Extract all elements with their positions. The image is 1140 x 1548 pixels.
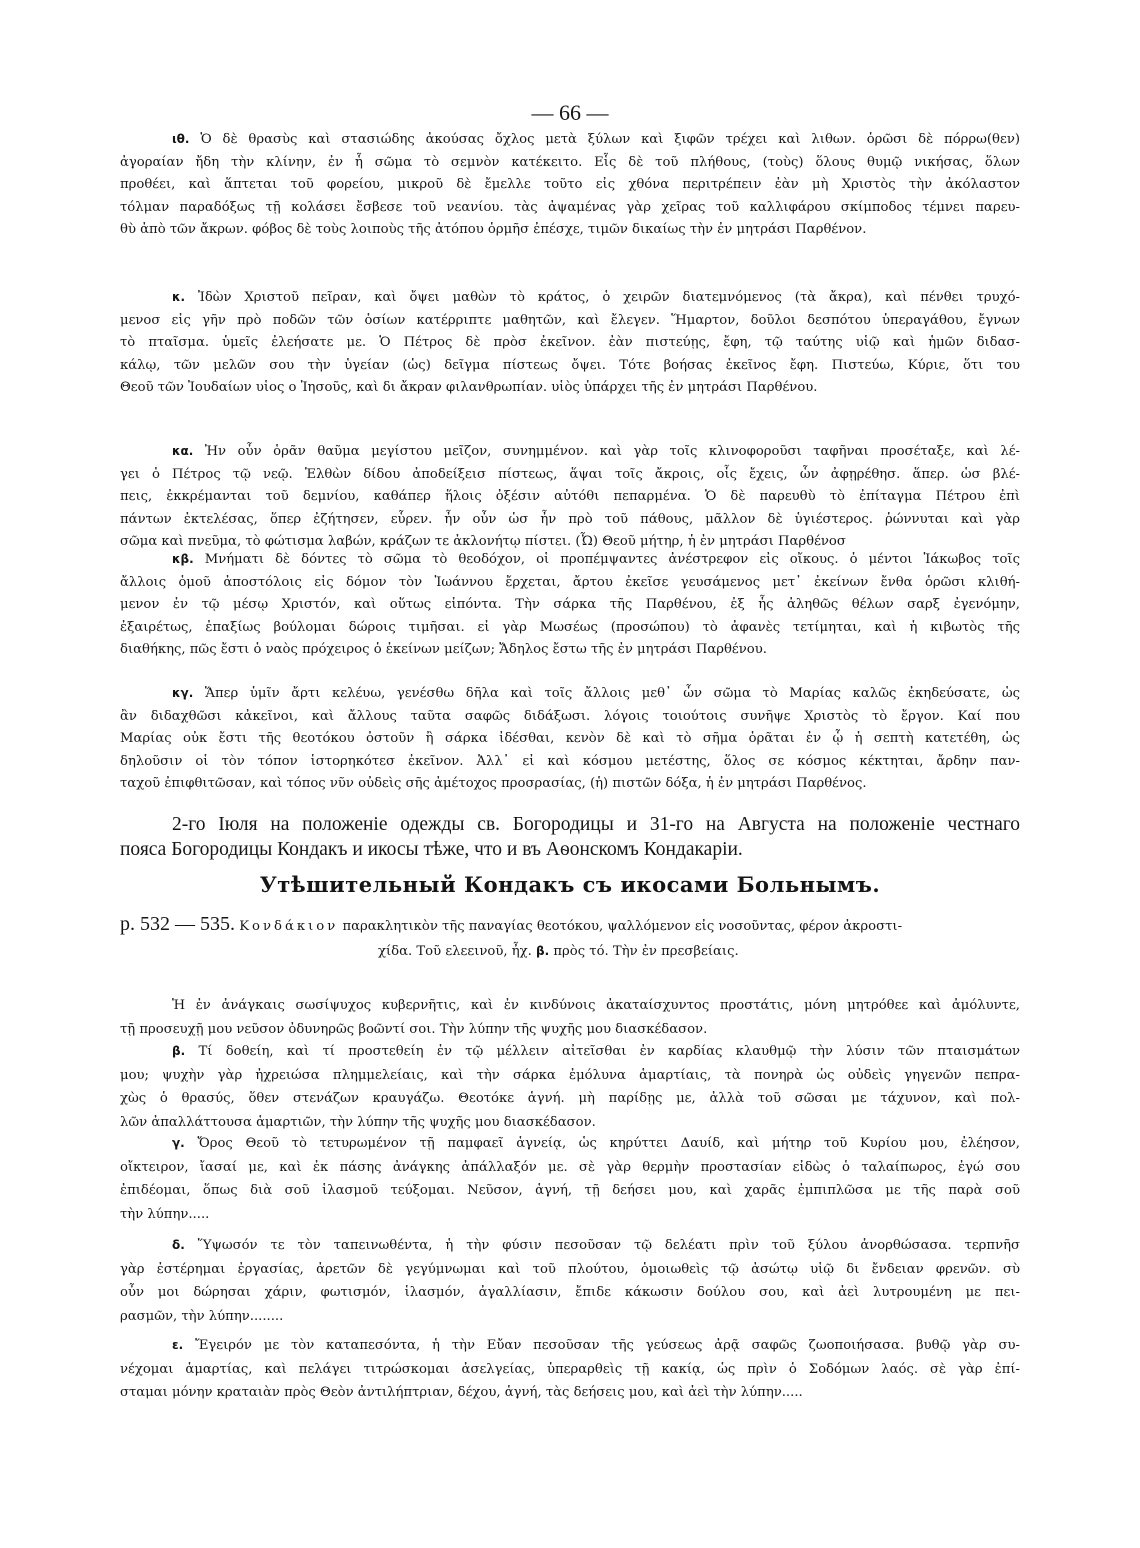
text-line: τὸ πταῖσμα. ὑμεῖς ἐλεήσατε με. Ὁ Πέτρος … [120, 332, 1020, 355]
line-text: κάλῳ, τῶν μελῶν σου τὴν ὑγείαν (ὡς) δεῖγ… [120, 358, 1020, 373]
reference-line2-text: χίδα. Τοῦ ελεεινοῦ, ἦχ. [378, 944, 532, 959]
stanza-numeral: κα. [172, 444, 193, 458]
stanza-numeral: δ. [172, 1238, 185, 1252]
line-text: τόλμαν παραδόξως τῇ κολάσει ἔσβεσε τοῦ ν… [120, 200, 1020, 215]
text-line: προθέει, καὶ ἅπτεται τοῦ φορείου, μικροῦ… [120, 174, 1020, 197]
text-line: ἀγοραίαν ἤδη τὴν κλίνην, ἐν ἧ σῶμα τὸ σε… [120, 152, 1020, 175]
line-text: ἀγοραίαν ἤδη τὴν κλίνην, ἐν ἧ σῶμα τὸ σε… [120, 155, 1020, 170]
stanzas-intro: Ἡ ἐν ἀνάγκαις σωσίψυχος κυβερνῆτις, καὶ … [120, 994, 1020, 1041]
line-text: Μνήματι δὲ δόντες τὸ σῶμα τὸ θεοδόχον, ο… [205, 552, 1020, 567]
line-text: ἄλλοις ὁμοῦ ἀποστόλοις εἰς δόμον τὸν Ἰωά… [120, 575, 1020, 590]
paragraphs-kg: κγ. Ἅπερ ὑμῖν ἄρτι κελέυω, γενέσθω δῆλα … [120, 682, 1020, 796]
text-line: Ἡ ἐν ἀνάγκαις σωσίψυχος κυβερνῆτις, καὶ … [120, 994, 1020, 1018]
text-line: γει ὁ Πέτρος τῷ νεῷ. Ἐλθὼν δίδου ἀποδείξ… [120, 464, 1020, 487]
line-text: Ὕψωσόν τε τὸν ταπεινωθέντα, ἡ τὴν φύσιν … [198, 1238, 1020, 1253]
line-text: ταχοῦ ἐπιφθιτῶσαν, καὶ τόπος νῦν οὐδεὶς … [120, 776, 867, 791]
line-text: Ἰδὼν Χριστοῦ πεῖραν, καὶ ὄψει μαθὼν τὸ κ… [198, 290, 1020, 305]
line-text: μενον ἐν τῷ μέσῳ Χριστόν, καὶ οὕτως εἰπό… [120, 597, 1020, 612]
line-text: Ἅπερ ὑμῖν ἄρτι κελέυω, γενέσθω δῆλα καὶ … [205, 686, 1020, 701]
paragraphs-ka: κα. Ἠν οὖν ὁρᾶν θαῦμα μεγίστου μεῖζον, σ… [120, 440, 1020, 554]
paragraphs-k: κ. Ἰδὼν Χριστοῦ πεῖραν, καὶ ὄψει μαθὼν τ… [120, 286, 1020, 400]
stanza-numeral: κ. [172, 290, 185, 304]
stanza-numeral: ιθ. [172, 132, 189, 146]
stanza-numeral: ε. [172, 1338, 183, 1352]
reference-line1-rest: παρακλητικὸν τῆς παναγίας θεοτόκου, ψαλλ… [342, 919, 902, 934]
reference-line2-rest: πρὸς τό. Τὴν ἐν πρεσβείαις. [553, 944, 738, 959]
line-text: τὴν λύπην..... [120, 1207, 209, 1222]
paragraphs-ith: ιθ. Ὁ δὲ θρασὺς καὶ στασιώδης ἀκούσας ὄχ… [120, 128, 1020, 242]
text-line: ταχοῦ ἐπιφθιτῶσαν, καὶ τόπος νῦν οὐδεὶς … [120, 773, 1020, 796]
text-line: χὼς ὁ θρασύς, ὅθεν στενάζων κραυγάζω. Θε… [120, 1087, 1020, 1111]
section-heading: Утѣшительный Кондакъ съ икосами Больнымъ… [120, 872, 1020, 897]
text-line: γὰρ ἐστέρημαι ἐργασίας, ἀρετῶν δὲ γεγύμν… [120, 1258, 1020, 1282]
line-text: οἴκτειρον, ἴασαί με, καὶ ἐκ πάσης ἀνάγκη… [120, 1160, 1020, 1175]
text-line: λῶν ἀπαλλάττουσα ἁμαρτιῶν, τὴν λύπην τῆς… [120, 1111, 1020, 1135]
line-text: μενοσ εἰς γῆν πρὸ ποδῶν τῶν ὁσίων κατέρρ… [120, 313, 1020, 328]
line-text: Ὄρος Θεοῦ τὸ τετυρωμένον τῇ παμφαεῖ ἁγνε… [197, 1136, 1020, 1151]
line-text: ρασμῶν, τὴν λύπην........ [120, 1309, 283, 1324]
line-text: πεις, ἐκκρέμανται τοῦ δεμνίου, καθάπερ ἥ… [120, 489, 1020, 504]
text-line: ἐξαιρέτως, ἐπαξίως βούλομαι δώροις τιμῆσ… [120, 617, 1020, 640]
line-text: Θεοῦ τῶν Ἰουδαίων υἱος ο Ἰησοῦς, καὶ δι … [120, 380, 817, 395]
text-line: ρασμῶν, τὴν λύπην........ [120, 1305, 1020, 1329]
line-text: σταμαι μόνην κραταιὰν πρὸς Θεὸν ἀντιλήπτ… [120, 1385, 803, 1400]
text-line: κάλῳ, τῶν μελῶν σου τὴν ὑγείαν (ὡς) δεῖγ… [120, 355, 1020, 378]
text-line: μενοσ εἰς γῆν πρὸ ποδῶν τῶν ὁσίων κατέρρ… [120, 310, 1020, 333]
line-text: ἐξαιρέτως, ἐπαξίως βούλομαι δώροις τιμῆσ… [120, 620, 1020, 635]
line-text: λῶν ἀπαλλάττουσα ἁμαρτιῶν, τὴν λύπην τῆς… [120, 1115, 596, 1130]
text-line: ιθ. Ὁ δὲ θρασὺς καὶ στασιώδης ἀκούσας ὄχ… [120, 128, 1020, 152]
russian-note: 2-го Іюля на положеніе одежды св. Богоро… [120, 812, 1020, 862]
line-text: προθέει, καὶ ἅπτεται τοῦ φορείου, μικροῦ… [120, 177, 1020, 192]
text-line: δ. Ὕψωσόν τε τὸν ταπεινωθέντα, ἡ τὴν φύσ… [120, 1234, 1020, 1258]
line-text: δηλοῦσιν οἱ τὸν τόπον ἱστορηκότεσ ἐκεῖνο… [120, 754, 1020, 769]
line-text: Ὁ δὲ θρασὺς καὶ στασιώδης ἀκούσας ὄχλος … [200, 132, 1020, 147]
text-line: πεις, ἐκκρέμανται τοῦ δεμνίου, καθάπερ ἥ… [120, 486, 1020, 509]
text-line: κ. Ἰδὼν Χριστοῦ πεῖραν, καὶ ὄψει μαθὼν τ… [120, 286, 1020, 310]
text-line: Θεοῦ τῶν Ἰουδαίων υἱος ο Ἰησοῦς, καὶ δι … [120, 377, 1020, 400]
text-line: τόλμαν παραδόξως τῇ κολάσει ἔσβεσε τοῦ ν… [120, 197, 1020, 220]
text-line: οἴκτειρον, ἴασαί με, καὶ ἐκ πάσης ἀνάγκη… [120, 1156, 1020, 1180]
stanza-numeral: κγ. [172, 686, 193, 700]
text-line: κβ. Μνήματι δὲ δόντες τὸ σῶμα τὸ θεοδόχο… [120, 548, 1020, 572]
line-text: μου; ψυχὴν γὰρ ἠχρειώσα πλημμελείαις, κα… [120, 1068, 1020, 1083]
text-line: σταμαι μόνην κραταιὰν πρὸς Θεὸν ἀντιλήπτ… [120, 1381, 1020, 1405]
russian-note-line-2: пояса Богородицы Кондакъ и икосы тѣже, ч… [120, 837, 1020, 862]
line-text: τὸ πταῖσμα. ὑμεῖς ἐλεήσατε με. Ὁ Πέτρος … [120, 335, 1020, 350]
russian-note-line-1: 2-го Іюля на положеніе одежды св. Богоро… [120, 812, 1020, 837]
text-line: ε. Ἔγειρόν με τὸν καταπεσόντα, ἡ τὴν Εὔα… [120, 1334, 1020, 1358]
stanzas-e: ε. Ἔγειρόν με τὸν καταπεσόντα, ἡ τὴν Εὔα… [120, 1334, 1020, 1405]
reference-tone: β. [536, 944, 549, 958]
paragraphs-kb: κβ. Μνήματι δὲ δόντες τὸ σῶμα τὸ θεοδόχο… [120, 548, 1020, 662]
text-line: κγ. Ἅπερ ὑμῖν ἄρτι κελέυω, γενέσθω δῆλα … [120, 682, 1020, 706]
reference-line-1: p. 532 — 535. Κονδάκιον παρακλητικὸν τῆς… [120, 912, 1020, 939]
stanza-numeral: β. [172, 1044, 185, 1058]
text-line: τῇ προσευχῇ μου νεῦσον ὀδυνηρῶς βοῶντί σ… [120, 1018, 1020, 1042]
stanza-numeral: γ. [172, 1136, 185, 1150]
stanzas-g: γ. Ὄρος Θεοῦ τὸ τετυρωμένον τῇ παμφαεῖ ἁ… [120, 1132, 1020, 1226]
text-line: ἂν διδαχθῶσι κἀκεῖνοι, καὶ ἄλλους ταῦτα … [120, 706, 1020, 729]
text-line: θὺ ἀπὸ τῶν ἄκρων. φόβος δὲ τοὺς λοιποὺς … [120, 219, 1020, 242]
text-line: μενον ἐν τῷ μέσῳ Χριστόν, καὶ οὕτως εἰπό… [120, 594, 1020, 617]
line-text: θὺ ἀπὸ τῶν ἄκρων. φόβος δὲ τοὺς λοιποὺς … [120, 222, 866, 237]
line-text: πάντων ἐκτελέσας, ὅπερ ἐζήτησεν, εὗρεν. … [120, 512, 1020, 527]
line-text: ἂν διδαχθῶσι κἀκεῖνοι, καὶ ἄλλους ταῦτα … [120, 709, 1020, 724]
stanzas-d: δ. Ὕψωσόν τε τὸν ταπεινωθέντα, ἡ τὴν φύσ… [120, 1234, 1020, 1328]
line-text: οὖν μοι δώρησαι χάριν, φωτισμόν, ἱλασμόν… [120, 1285, 1020, 1300]
line-text: Ἡ ἐν ἀνάγκαις σωσίψυχος κυβερνῆτις, καὶ … [172, 998, 1020, 1013]
text-line: β. Τί δοθείη, καὶ τί προστεθείη ἐν τῷ μέ… [120, 1040, 1020, 1064]
text-line: οὖν μοι δώρησαι χάριν, φωτισμόν, ἱλασμόν… [120, 1281, 1020, 1305]
text-line: γ. Ὄρος Θεοῦ τὸ τετυρωμένον τῇ παμφαεῖ ἁ… [120, 1132, 1020, 1156]
stanzas-b: β. Τί δοθείη, καὶ τί προστεθείη ἐν τῷ μέ… [120, 1040, 1020, 1134]
line-text: γει ὁ Πέτρος τῷ νεῷ. Ἐλθὼν δίδου ἀποδείξ… [120, 467, 1020, 482]
text-line: τὴν λύπην..... [120, 1203, 1020, 1227]
source-reference: p. 532 — 535. Κονδάκιον παρακλητικὸν τῆς… [120, 912, 1020, 964]
text-line: Μαρίας οὐκ ἔστι τῆς θεοτόκου ὀστοῦν ἢ σά… [120, 728, 1020, 751]
text-line: ἄλλοις ὁμοῦ ἀποστόλοις εἰς δόμον τὸν Ἰωά… [120, 572, 1020, 595]
text-line: νέχομαι ἁμαρτίας, καὶ πελάγει τιτρώσκομα… [120, 1358, 1020, 1382]
text-line: διαθήκης, πῶς ἔστι ὁ ναὸς πρόχειρος ὁ ἐκ… [120, 639, 1020, 662]
text-line: μου; ψυχὴν γὰρ ἠχρειώσα πλημμελείαις, κα… [120, 1064, 1020, 1088]
line-text: Ἠν οὖν ὁρᾶν θαῦμα μεγίστου μεῖζον, συνημ… [205, 444, 1020, 459]
line-text: τῇ προσευχῇ μου νεῦσον ὀδυνηρῶς βοῶντί σ… [120, 1022, 707, 1037]
line-text: χὼς ὁ θρασύς, ὅθεν στενάζων κραυγάζω. Θε… [120, 1091, 1020, 1106]
line-text: γὰρ ἐστέρημαι ἐργασίας, ἀρετῶν δὲ γεγύμν… [120, 1262, 1020, 1277]
reference-title: Κονδάκιον [239, 919, 338, 934]
line-text: Ἔγειρόν με τὸν καταπεσόντα, ἡ τὴν Εὔαν π… [195, 1338, 1020, 1353]
text-line: δηλοῦσιν οἱ τὸν τόπον ἱστορηκότεσ ἐκεῖνο… [120, 751, 1020, 774]
line-text: νέχομαι ἁμαρτίας, καὶ πελάγει τιτρώσκομα… [120, 1362, 1020, 1377]
text-line: ἐπιδέομαι, ὅπως διὰ σοῦ ἱλασμοῦ τεύξομαι… [120, 1179, 1020, 1203]
text-line: πάντων ἐκτελέσας, ὅπερ ἐζήτησεν, εὗρεν. … [120, 509, 1020, 532]
line-text: ἐπιδέομαι, ὅπως διὰ σοῦ ἱλασμοῦ τεύξομαι… [120, 1183, 1020, 1198]
line-text: Τί δοθείη, καὶ τί προστεθείη ἐν τῷ μέλλε… [198, 1044, 1020, 1059]
page-number: — 66 — [120, 100, 1020, 126]
stanza-numeral: κβ. [172, 552, 194, 566]
line-text: Μαρίας οὐκ ἔστι τῆς θεοτόκου ὀστοῦν ἢ σά… [120, 731, 1020, 746]
line-text: διαθήκης, πῶς ἔστι ὁ ναὸς πρόχειρος ὁ ἐκ… [120, 642, 767, 657]
reference-line-2: χίδα. Τοῦ ελεεινοῦ, ἦχ. β. πρὸς τό. Τὴν … [120, 939, 1020, 964]
text-line: κα. Ἠν οὖν ὁρᾶν θαῦμα μεγίστου μεῖζον, σ… [120, 440, 1020, 464]
reference-pages: p. 532 — 535. [120, 913, 235, 935]
